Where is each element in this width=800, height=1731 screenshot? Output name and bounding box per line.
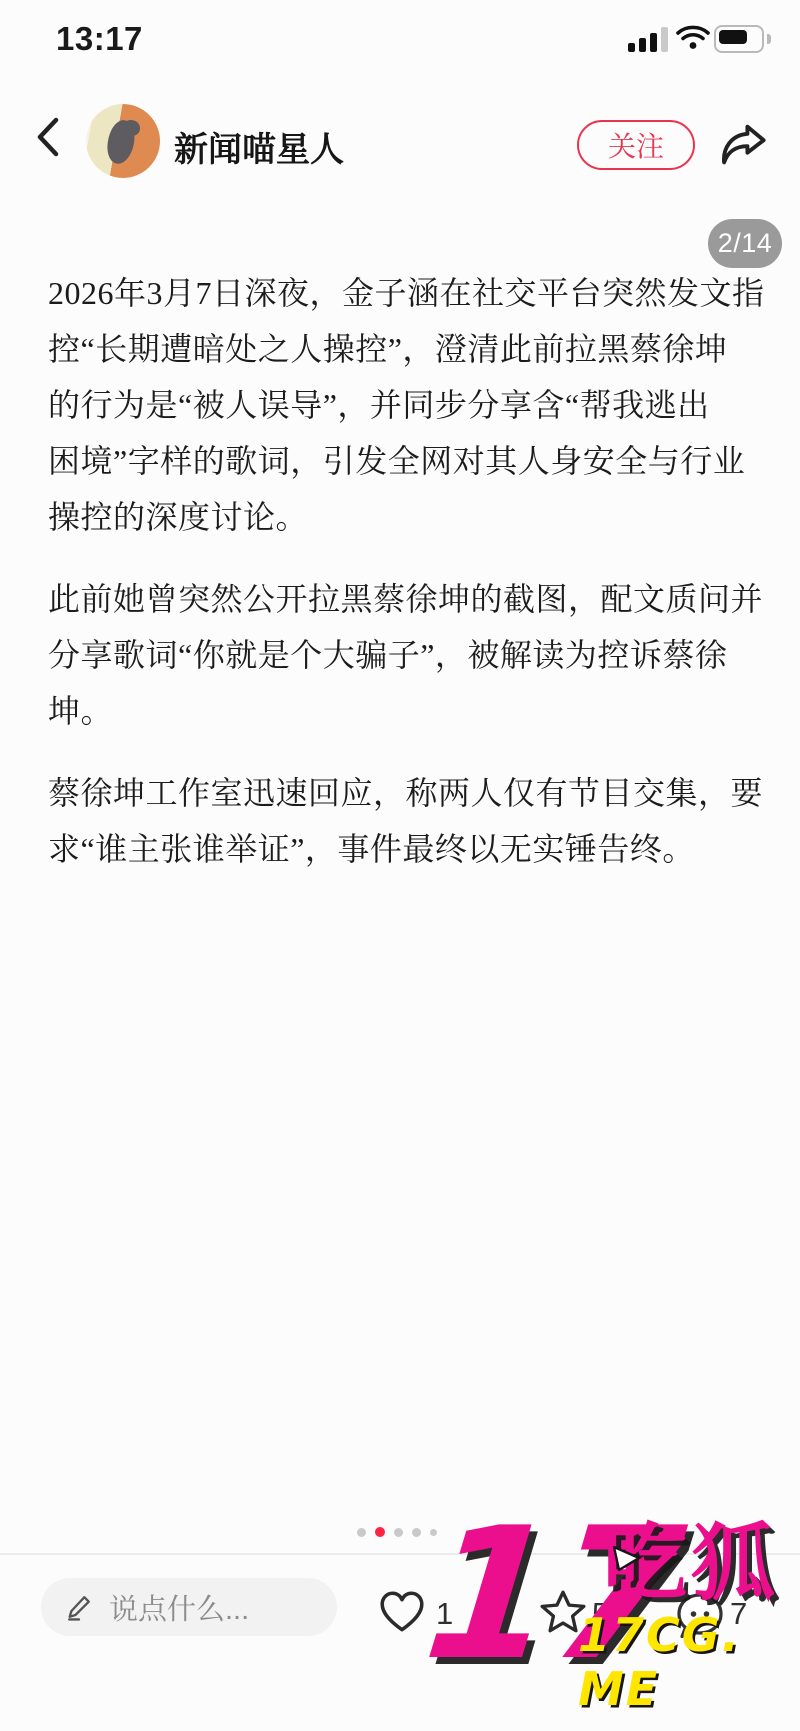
post-line: 2026年3月7日深夜，金子涵在社交平台突然发文指 [48, 265, 760, 321]
carousel-dot[interactable] [412, 1528, 421, 1537]
pencil-icon [63, 1591, 95, 1623]
carousel-dot-active[interactable] [375, 1527, 385, 1537]
back-button[interactable] [34, 116, 62, 163]
post-line: 求“谁主张谁举证”，事件最终以无实锤告终。 [48, 821, 760, 877]
share-icon[interactable] [716, 118, 768, 175]
username[interactable]: 新闻喵星人 [174, 122, 344, 171]
comment-bubble-icon[interactable] [674, 1590, 726, 1647]
post-detail-screen: 13:17 新闻喵星人 关注 2/14 2026年3月7日深夜，金子涵在社交平台… [0, 0, 800, 1731]
follow-button[interactable]: 关注 [577, 120, 695, 170]
like-count: 1 [436, 1596, 453, 1632]
status-time: 13:17 [56, 20, 143, 58]
cell-signal-icon [628, 26, 674, 52]
avatar-cat-head [122, 120, 140, 136]
post-line: 的行为是“被人误导”，并同步分享含“帮我逃出 [48, 377, 760, 433]
carousel-dots [357, 1522, 437, 1542]
post-line: 操控的深度讨论。 [48, 489, 760, 545]
comment-input[interactable]: 说点什么... [41, 1578, 337, 1636]
post-text: 2026年3月7日深夜，金子涵在社交平台突然发文指控“长期遭暗处之人操控”，澄清… [48, 265, 760, 903]
bottom-bar-divider [0, 1553, 800, 1555]
post-paragraph: 此前她曾突然公开拉黑蔡徐坤的截图，配文质问并分享歌词“你就是个大骗子”，被解读为… [48, 571, 760, 739]
comment-placeholder: 说点什么... [109, 1587, 249, 1628]
battery-icon [714, 25, 764, 53]
carousel-dot[interactable] [430, 1529, 437, 1536]
carousel-page-badge: 2/14 [708, 219, 782, 268]
avatar[interactable] [86, 104, 160, 178]
post-paragraph: 2026年3月7日深夜，金子涵在社交平台突然发文指控“长期遭暗处之人操控”，澄清… [48, 265, 760, 545]
collect-count: 5 [592, 1596, 609, 1632]
post-line: 控“长期遭暗处之人操控”，澄清此前拉黑蔡徐坤 [48, 321, 760, 377]
comment-count: 7 [730, 1596, 747, 1632]
post-line: 坤。 [48, 683, 760, 739]
post-line: 分享歌词“你就是个大骗子”，被解读为控诉蔡徐 [48, 627, 760, 683]
post-line: 蔡徐坤工作室迅速回应，称两人仅有节目交集，要 [48, 765, 760, 821]
like-icon[interactable] [377, 1587, 427, 1642]
carousel-dot[interactable] [357, 1528, 366, 1537]
carousel-dot[interactable] [394, 1528, 403, 1537]
watermark-cursor-icon [612, 1546, 642, 1583]
collect-icon[interactable] [538, 1587, 588, 1642]
post-line: 困境”字样的歌词，引发全网对其人身安全与行业 [48, 433, 760, 489]
post-line: 此前她曾突然公开拉黑蔡徐坤的截图，配文质问并 [48, 571, 760, 627]
wifi-icon [676, 24, 710, 55]
post-paragraph: 蔡徐坤工作室迅速回应，称两人仅有节目交集，要求“谁主张谁举证”，事件最终以无实锤… [48, 765, 760, 877]
